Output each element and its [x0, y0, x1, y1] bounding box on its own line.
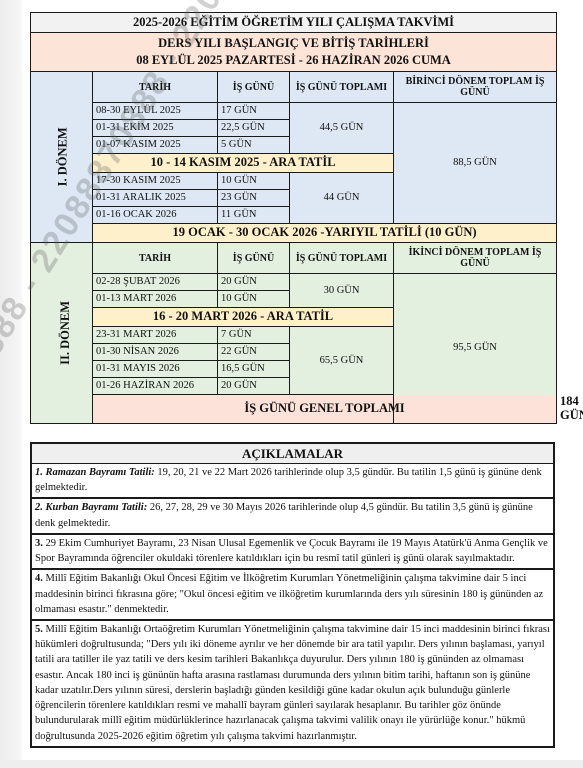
- subtotal-cell: 65,5 GÜN: [290, 327, 394, 395]
- col-header-date: TARİH: [93, 243, 218, 274]
- date-cell: 23-31 MART 2026: [93, 327, 218, 344]
- table-row: 02-28 ŞUBAT 2026 20 GÜN 30 GÜN 95,5 GÜN: [31, 274, 557, 291]
- col-header-term2-total: İKİNCİ DÖNEM TOPLAM İŞ GÜNÜ: [394, 243, 557, 274]
- note-text: 29 Ekim Cumhuriyet Bayramı, 23 Nisan Ulu…: [35, 538, 548, 564]
- date-cell: 02-28 ŞUBAT 2026: [93, 274, 218, 291]
- note-number: 5.: [35, 624, 43, 635]
- workdays-cell: 10 GÜN: [218, 173, 290, 190]
- subtotal-cell: 44 GÜN: [290, 173, 394, 224]
- school-year-dates: 08 EYLÜL 2025 PAZARTESİ - 26 HAZİRAN 202…: [34, 52, 553, 69]
- workdays-cell: 22,5 GÜN: [218, 120, 290, 137]
- document-title: 2025-2026 EĞİTİM ÖĞRETİM YILI ÇALIŞMA TA…: [31, 13, 557, 33]
- note-lead: 1. Ramazan Bayramı Tatili:: [35, 467, 155, 478]
- note-text: Millî Eğitim Bakanlığı Okul Öncesi Eğiti…: [35, 573, 543, 614]
- workdays-cell: 16,5 GÜN: [218, 361, 290, 378]
- col-header-subtotal: İŞ GÜNÜ TOPLAMI: [290, 243, 394, 274]
- subtotal-cell: 44,5 GÜN: [290, 103, 394, 154]
- date-cell: 01-31 EKİM 2025: [93, 120, 218, 137]
- subtotal-cell: 30 GÜN: [290, 274, 394, 308]
- date-cell: 01-26 HAZİRAN 2026: [93, 378, 218, 395]
- workdays-cell: 20 GÜN: [218, 378, 290, 395]
- note-item: 4. Millî Eğitim Bakanlığı Okul Öncesi Eğ…: [32, 570, 553, 621]
- col-header-subtotal: İŞ GÜNÜ TOPLAMI: [290, 72, 394, 103]
- note-item: 2. Kurban Bayramı Tatili: 26, 27, 28, 29…: [32, 499, 553, 534]
- workdays-cell: 5 GÜN: [218, 137, 290, 154]
- note-text: Millî Eğitim Bakanlığı Ortaöğretim Kurum…: [35, 624, 550, 742]
- workdays-cell: 10 GÜN: [218, 291, 290, 308]
- notes-heading: AÇIKLAMALAR: [32, 444, 553, 464]
- workdays-cell: 23 GÜN: [218, 190, 290, 207]
- date-cell: 01-16 OCAK 2026: [93, 207, 218, 224]
- note-number: 3.: [35, 538, 43, 549]
- date-cell: 01-31 MAYIS 2026: [93, 361, 218, 378]
- col-header-date: TARİH: [93, 72, 218, 103]
- page-bottom-margin: [0, 760, 583, 768]
- date-cell: 01-30 NİSAN 2026: [93, 344, 218, 361]
- date-cell: 01-07 KASIM 2025: [93, 137, 218, 154]
- midterm-break-1: 10 - 14 KASIM 2025 - ARA TATİL: [93, 154, 394, 173]
- workdays-cell: 17 GÜN: [218, 103, 290, 120]
- col-header-term1-total: BİRİNCİ DÖNEM TOPLAM İŞ GÜNÜ: [394, 72, 557, 103]
- note-lead: 2. Kurban Bayramı Tatili:: [35, 502, 147, 513]
- term1-total-cell: 88,5 GÜN: [394, 103, 557, 224]
- workdays-cell: 7 GÜN: [218, 327, 290, 344]
- col-header-workdays: İŞ GÜNÜ: [218, 243, 290, 274]
- term2-label: II. DÖNEM: [31, 243, 93, 424]
- notes-section: AÇIKLAMALAR 1. Ramazan Bayramı Tatili: 1…: [30, 442, 555, 748]
- midterm-break-2: 16 - 20 MART 2026 - ARA TATİL: [93, 308, 394, 327]
- term1-label: I. DÖNEM: [31, 72, 93, 243]
- date-cell: 01-13 MART 2026: [93, 291, 218, 308]
- workdays-cell: 11 GÜN: [218, 207, 290, 224]
- date-cell: 17-30 KASIM 2025: [93, 173, 218, 190]
- date-cell: 08-30 EYLÜL 2025: [93, 103, 218, 120]
- workdays-cell: 22 GÜN: [218, 344, 290, 361]
- note-item: 3. 29 Ekim Cumhuriyet Bayramı, 23 Nisan …: [32, 535, 553, 570]
- school-year-range: DERS YILI BAŞLANGIÇ VE BİTİŞ TARİHLERİ 0…: [31, 33, 557, 72]
- note-item: 5. Millî Eğitim Bakanlığı Ortaöğretim Ku…: [32, 621, 553, 746]
- calendar-table-container: 2025-2026 EĞİTİM ÖĞRETİM YILI ÇALIŞMA TA…: [30, 12, 556, 424]
- note-item: 1. Ramazan Bayramı Tatili: 19, 20, 21 ve…: [32, 464, 553, 499]
- calendar-table: 2025-2026 EĞİTİM ÖĞRETİM YILI ÇALIŞMA TA…: [30, 12, 557, 424]
- table-row: 08-30 EYLÜL 2025 17 GÜN 44,5 GÜN 88,5 GÜ…: [31, 103, 557, 120]
- semester-break: 19 OCAK - 30 OCAK 2026 -YARIYIL TATİLİ (…: [93, 224, 557, 243]
- school-year-heading: DERS YILI BAŞLANGIÇ VE BİTİŞ TARİHLERİ: [34, 35, 553, 52]
- page-margin: [0, 0, 22, 768]
- grand-total-label: İŞ GÜNÜ GENEL TOPLAMI: [93, 395, 557, 424]
- note-number: 4.: [35, 573, 43, 584]
- date-cell: 01-31 ARALIK 2025: [93, 190, 218, 207]
- workdays-cell: 20 GÜN: [218, 274, 290, 291]
- col-header-workdays: İŞ GÜNÜ: [218, 72, 290, 103]
